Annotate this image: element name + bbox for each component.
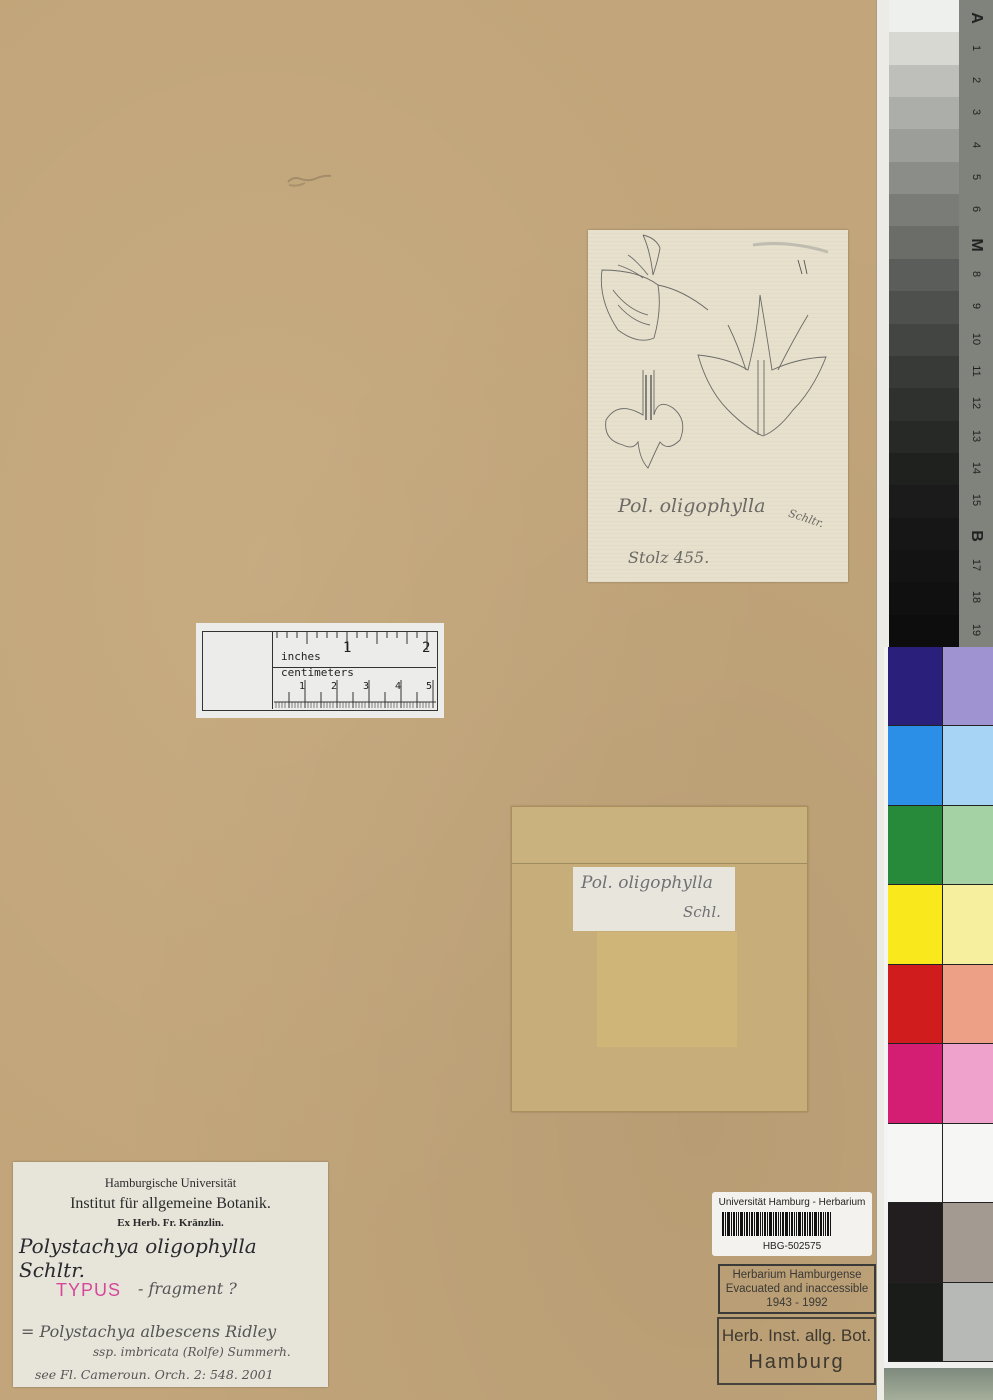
color-patch <box>942 1044 993 1123</box>
color-patch <box>888 1283 942 1362</box>
color-patch <box>942 885 993 964</box>
gray-patch <box>889 0 959 33</box>
typus-stamp: TYPUS <box>56 1280 121 1301</box>
gray-scale-label: 14 <box>970 451 982 485</box>
evacuation-stamp: Herbarium Hamburgense Evacuated and inac… <box>718 1264 876 1314</box>
label-synonym-line1: = Polystachya albescens Ridley <box>21 1322 276 1341</box>
ruler-cm-tick-1: 1 <box>299 681 305 692</box>
color-patch <box>942 1124 993 1203</box>
label-type-note: - fragment ? <box>138 1279 237 1298</box>
orchid-flower-sketch <box>588 230 848 582</box>
gray-patch <box>889 582 959 615</box>
envelope-contents <box>597 932 737 1047</box>
gray-patch <box>889 421 959 454</box>
gray-patch <box>889 518 959 551</box>
label-taxon-name: Polystachya oligophylla Schltr. <box>19 1234 328 1282</box>
gray-scale-label: 4 <box>970 128 982 162</box>
gray-patch <box>889 259 959 292</box>
gray-scale-label: 13 <box>970 419 982 453</box>
barcode-label[interactable]: Universität Hamburg - Herbarium HBG-5025… <box>712 1192 872 1256</box>
fragment-envelope[interactable]: Pol. oligophylla Schl. <box>511 806 808 1112</box>
ruler-unit-centimeters: centimeters <box>281 666 354 679</box>
ruler-inch-tick-2: 2 <box>422 640 430 656</box>
color-patch <box>888 1124 942 1203</box>
institute-stamp: Herb. Inst. allg. Bot. Hamburg <box>717 1317 876 1385</box>
color-patch <box>888 965 942 1044</box>
gray-scale-label: 1 <box>970 31 982 65</box>
ruler-unit-inches: inches <box>281 650 321 663</box>
scale-ruler: inches 1 2 centimeters 1 2 3 4 5 <box>196 623 444 718</box>
color-patch <box>888 1044 942 1123</box>
gray-scale-label: 19 <box>970 613 982 647</box>
color-patch <box>888 1203 942 1282</box>
color-patch <box>888 726 942 805</box>
gray-scale-label: 10 <box>970 322 982 356</box>
gray-scale-label: 12 <box>970 386 982 420</box>
envelope-label-line2: Schl. <box>683 903 721 921</box>
gray-scale-label: 2 <box>970 63 982 97</box>
ruler-inch-tick-1: 1 <box>343 640 351 656</box>
gray-patch <box>889 550 959 583</box>
color-calibration-chart <box>884 647 993 1362</box>
label-synonym-line2: ssp. imbricata (Rolfe) Summerh. <box>93 1345 291 1359</box>
gray-scale-label: 3 <box>970 95 982 129</box>
drawing-caption-collector: Stolz 455. <box>628 548 709 567</box>
color-patch <box>942 647 993 726</box>
gray-patch <box>889 226 959 259</box>
pencil-smudge <box>283 170 343 190</box>
envelope-label-line1: Pol. oligophylla <box>581 873 713 893</box>
color-patch <box>942 1283 993 1362</box>
scanner-background <box>884 1362 993 1400</box>
envelope-flap <box>512 807 807 864</box>
color-patch <box>942 726 993 805</box>
herbarium-label: Hamburgische Universität Institut für al… <box>13 1162 328 1387</box>
ruler-cm-tick-4: 4 <box>395 681 401 692</box>
barcode-bars <box>722 1212 862 1236</box>
gray-patch <box>889 615 959 648</box>
barcode-number: HBG-502575 <box>712 1241 872 1252</box>
label-institution: Hamburgische Universität <box>13 1176 328 1191</box>
botanical-drawing-sheet: Pol. oligophylla Schltr. Stolz 455. <box>588 230 848 582</box>
gray-patch <box>889 32 959 65</box>
evacuation-stamp-line2: Evacuated and inaccessible <box>720 1282 874 1296</box>
gray-scale-label: 18 <box>970 580 982 614</box>
label-reference: see Fl. Cameroun. Orch. 2: 548. 2001 <box>35 1367 274 1382</box>
institute-stamp-line2: Hamburg <box>719 1349 874 1375</box>
color-patch <box>888 885 942 964</box>
color-patch <box>888 647 942 726</box>
gray-scale-label: 6 <box>970 192 982 226</box>
ruler-cm-tick-3: 3 <box>363 681 369 692</box>
gray-scale-label: 8 <box>970 257 982 291</box>
evacuation-stamp-line3: 1943 - 1992 <box>720 1296 874 1310</box>
color-patch <box>888 806 942 885</box>
ruler-cm-tick-2: 2 <box>331 681 337 692</box>
gray-patch <box>889 324 959 357</box>
gray-scale-label: 5 <box>970 160 982 194</box>
ruler-cm-tick-5: 5 <box>426 681 432 692</box>
color-patch <box>942 1203 993 1282</box>
gray-patch <box>889 453 959 486</box>
gray-patch <box>889 65 959 98</box>
gray-scale-label: 9 <box>970 289 982 323</box>
barcode-header: Universität Hamburg - Herbarium <box>712 1197 872 1208</box>
label-provenance: Ex Herb. Fr. Kränzlin. <box>13 1217 328 1229</box>
drawing-caption-name: Pol. oligophylla <box>618 495 765 517</box>
gray-scale-label: 11 <box>970 354 982 388</box>
gray-scale-label: 17 <box>970 548 982 582</box>
gray-scale-label: 15 <box>970 483 982 517</box>
label-institute: Institut für allgemeine Botanik. <box>13 1195 328 1213</box>
grayscale-chart <box>889 0 959 647</box>
gray-patch <box>889 485 959 518</box>
institute-stamp-line1: Herb. Inst. allg. Bot. <box>719 1323 874 1349</box>
gray-patch <box>889 162 959 195</box>
color-patch <box>942 806 993 885</box>
color-patch <box>942 965 993 1044</box>
gray-patch <box>889 129 959 162</box>
evacuation-stamp-line1: Herbarium Hamburgense <box>720 1268 874 1282</box>
gray-patch <box>889 97 959 130</box>
gray-patch <box>889 291 959 324</box>
gray-patch <box>889 388 959 421</box>
grayscale-labels: A123456M89101112131415B171819 <box>959 0 993 647</box>
gray-patch <box>889 356 959 389</box>
gray-patch <box>889 194 959 227</box>
envelope-label: Pol. oligophylla Schl. <box>573 867 735 931</box>
